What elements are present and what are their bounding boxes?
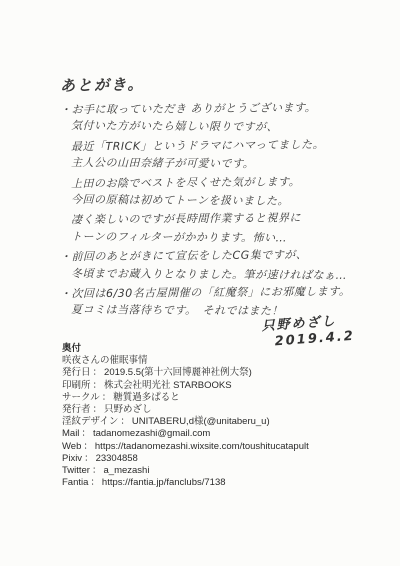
colophon-value: a_mezashi — [104, 465, 150, 476]
afterword-line: 気付いた方がいたら嬉しい限りですが、 — [60, 117, 370, 138]
colophon-label: サークル — [62, 392, 100, 403]
colophon-value: tadanomezashi@gmail.com — [93, 428, 210, 439]
colophon-label: 淫紋デザイン — [62, 416, 118, 427]
colophon-value: 2019.5.5(第十六回博麗神社例大祭) — [104, 367, 252, 378]
afterword-line: 凄く楽しいのですが長時間作業すると視界に — [60, 209, 370, 230]
colophon-label: Mail — [62, 428, 79, 439]
colophon-label: 印刷所 — [62, 380, 91, 391]
colophon-separator: ： — [81, 428, 91, 439]
colophon-section: 奥付 咲夜さんの催眠事情 発行日：2019.5.5(第十六回博麗神社例大祭) 印… — [62, 343, 392, 489]
colophon-label: Pixiv — [62, 453, 82, 464]
colophon-separator: ： — [102, 392, 112, 403]
afterword-line: 主人公の山田奈緒子が可愛いです。 — [60, 154, 370, 175]
afterword-line: ・前回のあとがきにて宣伝をしたCG集ですが、 — [60, 246, 370, 267]
colophon-label: 発行日 — [62, 367, 91, 378]
colophon-value: 只野めざし — [104, 404, 152, 415]
colophon-label: Web — [62, 441, 81, 452]
colophon-value: https://tadanomezashi.wixsite.com/toushi… — [95, 441, 309, 452]
colophon-separator: ： — [83, 441, 93, 452]
colophon-row-twitter: Twitter：a_mezashi — [62, 465, 392, 477]
colophon-label: 発行者 — [62, 404, 91, 415]
colophon-row-design-credit: 淫紋デザイン：UNITABERU,d様(@unitaberu_u) — [62, 416, 392, 428]
colophon-row-fantia: Fantia：https://fantia.jp/fanclubs/7138 — [62, 477, 392, 489]
colophon-row-publish-date: 発行日：2019.5.5(第十六回博麗神社例大祭) — [62, 367, 392, 379]
colophon-separator: ： — [93, 367, 103, 378]
colophon-separator: ： — [92, 465, 102, 476]
colophon-label: Twitter — [62, 465, 90, 476]
afterword-body: ・お手に取っていただき ありがとうございます。 気付いた方がいたら嬉しい限りです… — [60, 100, 370, 321]
colophon-separator: ： — [93, 380, 103, 391]
colophon-value: 23304858 — [96, 453, 138, 464]
colophon-value: 糖質過多ぱると — [113, 392, 180, 403]
afterword-title: あとがき。 — [60, 69, 370, 95]
colophon-value: 株式会社明光社 STARBOOKS — [104, 380, 232, 391]
afterword-line: 上田のお陰でベストを尽くせた気がします。 — [60, 172, 370, 193]
colophon-separator: ： — [120, 416, 130, 427]
colophon-row-printer: 印刷所：株式会社明光社 STARBOOKS — [62, 380, 392, 392]
colophon-separator: ： — [93, 404, 103, 415]
work-title: 咲夜さんの催眠事情 — [62, 355, 392, 367]
colophon-value: UNITABERU,d様(@unitaberu_u) — [132, 416, 270, 427]
scanned-page: あとがき。 ・お手に取っていただき ありがとうございます。 気付いた方がいたら嬉… — [0, 0, 400, 566]
colophon-row-web: Web：https://tadanomezashi.wixsite.com/to… — [62, 441, 392, 453]
afterword-section: あとがき。 ・お手に取っていただき ありがとうございます。 気付いた方がいたら嬉… — [60, 72, 370, 321]
colophon-heading: 奥付 — [62, 343, 392, 355]
colophon-separator: ： — [84, 453, 94, 464]
colophon-value: https://fantia.jp/fanclubs/7138 — [102, 477, 226, 488]
colophon-row-mail: Mail：tadanomezashi@gmail.com — [62, 428, 392, 440]
colophon-label: Fantia — [62, 477, 88, 488]
colophon-separator: ： — [90, 477, 100, 488]
colophon-row-circle: サークル：糖質過多ぱると — [62, 392, 392, 404]
colophon-row-publisher: 発行者：只野めざし — [62, 404, 392, 416]
colophon-row-pixiv: Pixiv：23304858 — [62, 453, 392, 465]
